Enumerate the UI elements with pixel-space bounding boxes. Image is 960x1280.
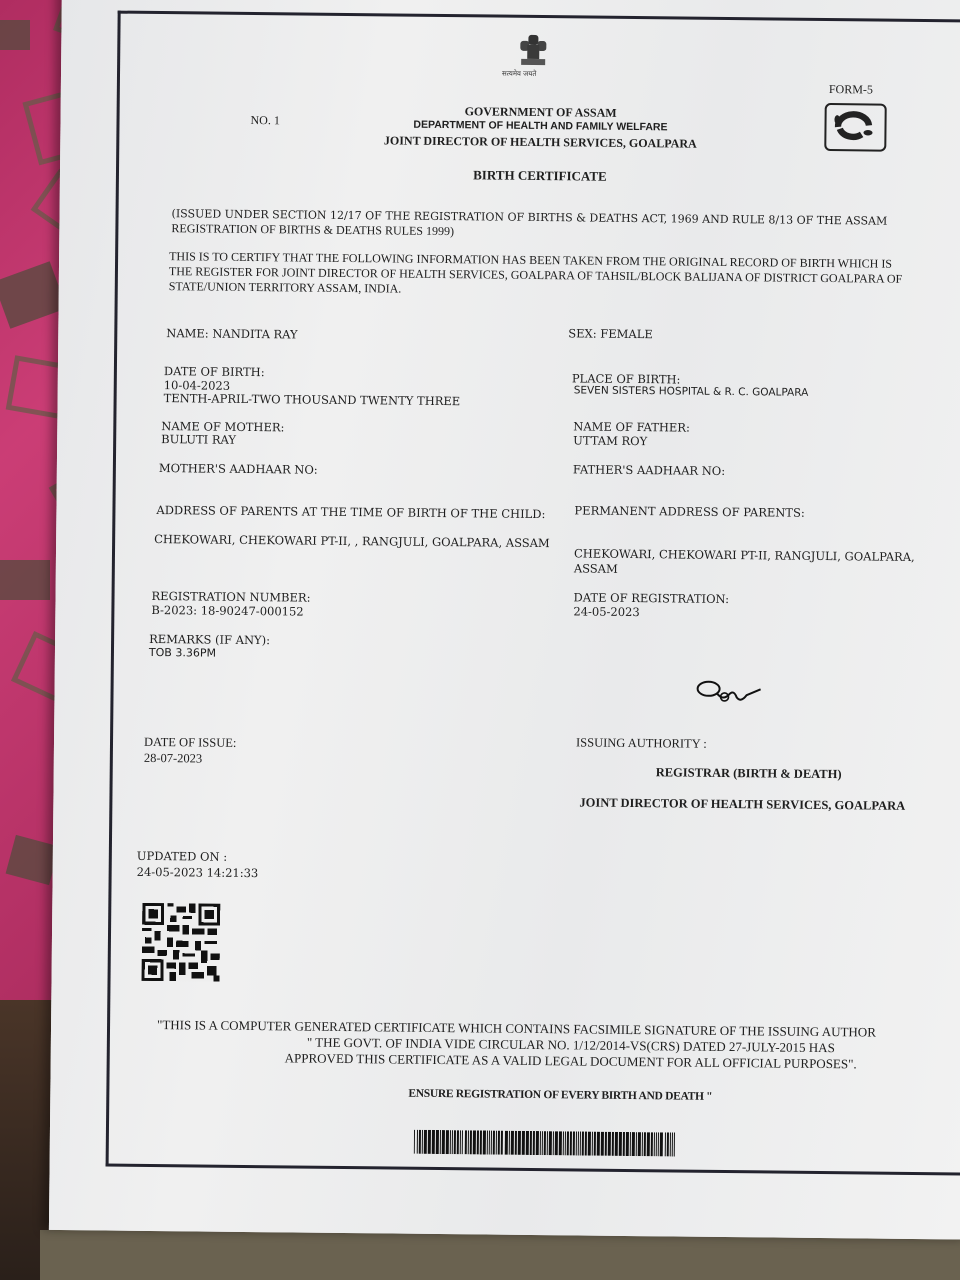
remarks-label: REMARKS (IF ANY): [149,632,270,647]
address-permanent-label: PERMANENT ADDRESS OF PARENTS: [574,503,804,519]
issue-date-label: DATE OF ISSUE: [144,735,237,751]
father-aadhaar-label: FATHER'S AADHAAR NO: [573,462,725,478]
national-emblem-icon [513,31,553,71]
remarks-value: TOB 3.36PM [149,646,216,660]
birth-certificate-paper: सत्यमेव जयते NO. 1 FORM-5 GOVERNMENT OF … [49,0,960,1240]
issuing-authority-label: ISSUING AUTHORITY : [576,735,707,751]
updated-on-value: 24-05-2023 14:21:33 [137,865,259,880]
certify-line3: STATE/UNION TERRITORY ASSAM, INDIA. [169,279,402,296]
updated-on-label: UPDATED ON : [137,849,227,864]
registration-date-value: 24-05-2023 [573,604,639,619]
place-of-birth-value: SEVEN SISTERS HOSPITAL & R. C. GOALPARA [574,384,809,398]
serial-number: NO. 1 [250,113,279,128]
registration-number-value: B-2023: 18-90247-000152 [151,603,303,619]
issued-under-line2: REGISTRATION OF BIRTHS & DEATHS RULES 19… [171,221,454,239]
barcode[interactable] [414,1130,676,1157]
signature-mark [694,677,764,710]
address-permanent-value-line2: ASSAM [574,561,618,575]
form-label: FORM-5 [829,82,873,97]
emblem-motto: सत्यमेव जयते [502,70,536,79]
child-name: NAME: NANDITA RAY [166,326,297,341]
father-name-label: NAME OF FATHER: [573,419,690,434]
issuing-authority-registrar: REGISTRAR (BIRTH & DEATH) [656,765,842,782]
issue-date-value: 28-07-2023 [144,751,202,767]
certificate-title: BIRTH CERTIFICATE [420,167,660,186]
mother-name-value: BULUTI RAY [161,432,236,447]
father-name-value: UTTAM ROY [573,433,647,448]
crs-logo-icon [824,103,886,152]
mother-aadhaar-label: MOTHER'S AADHAAR NO: [159,461,318,477]
qr-code[interactable] [142,903,221,982]
sex: SEX: FEMALE [568,326,653,341]
dob-label: DATE OF BIRTH: [164,364,265,379]
